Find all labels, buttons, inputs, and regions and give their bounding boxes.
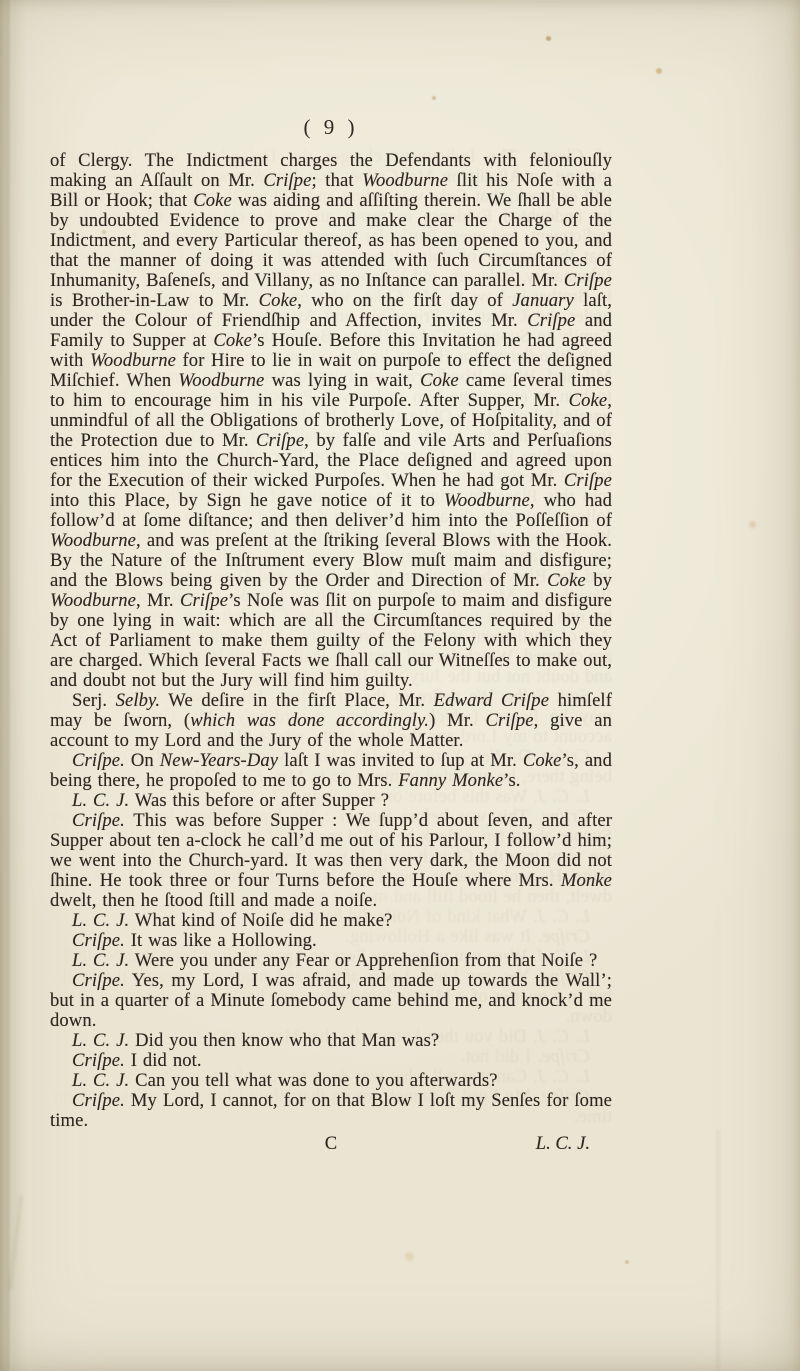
- paragraph: of Clergy. The Indictment charges the De…: [50, 151, 612, 691]
- paragraph: Criſpe. This was before Supper : We ſupp…: [50, 811, 612, 911]
- scanned-book-page: of Clergy. The Indictment charges the De…: [0, 0, 800, 1371]
- catchword: L. C. J.: [536, 1134, 590, 1154]
- paragraph: L. C. J. Did you then know who that Man …: [50, 1031, 612, 1051]
- foxing-spot: [432, 96, 436, 100]
- paragraph: Criſpe. On New-Years-Day laſt I was invi…: [50, 751, 612, 791]
- printed-text-block: ( 9 ) of Clergy. The Indictment charges …: [50, 112, 612, 1154]
- paragraph: Criſpe. Yes, my Lord, I was afraid, and …: [50, 971, 612, 1031]
- paragraph: L. C. J. Were you under any Fear or Appr…: [50, 951, 612, 971]
- foxing-spot: [405, 1252, 414, 1261]
- paragraph: L. C. J. Was this before or after Supper…: [50, 791, 612, 811]
- trial-transcript-text: of Clergy. The Indictment charges the De…: [50, 151, 612, 1131]
- foxing-spot: [546, 36, 551, 41]
- paragraph: Criſpe. It was like a Hollowing.: [50, 931, 612, 951]
- paragraph: L. C. J. What kind of Noiſe did he make?: [50, 911, 612, 931]
- page-footer-line: C L. C. J.: [50, 1134, 612, 1154]
- paper-crease-right-lower: [716, 1130, 720, 1371]
- page-number: ( 9 ): [50, 112, 612, 142]
- foxing-spot: [749, 521, 756, 528]
- paragraph: Criſpe. My Lord, I cannot, for on that B…: [50, 1091, 612, 1131]
- paragraph: L. C. J. Can you tell what was done to y…: [50, 1071, 612, 1091]
- paper-crease-left-edge: [7, 0, 14, 1371]
- signature-mark: C: [50, 1134, 612, 1154]
- paragraph: Serj. Selby. We deſire in the firſt Plac…: [50, 691, 612, 751]
- foxing-spot: [625, 1260, 629, 1264]
- paper-crease-bottom-left: [8, 1195, 23, 1290]
- paragraph: Criſpe. I did not.: [50, 1051, 612, 1071]
- foxing-spot: [656, 68, 662, 74]
